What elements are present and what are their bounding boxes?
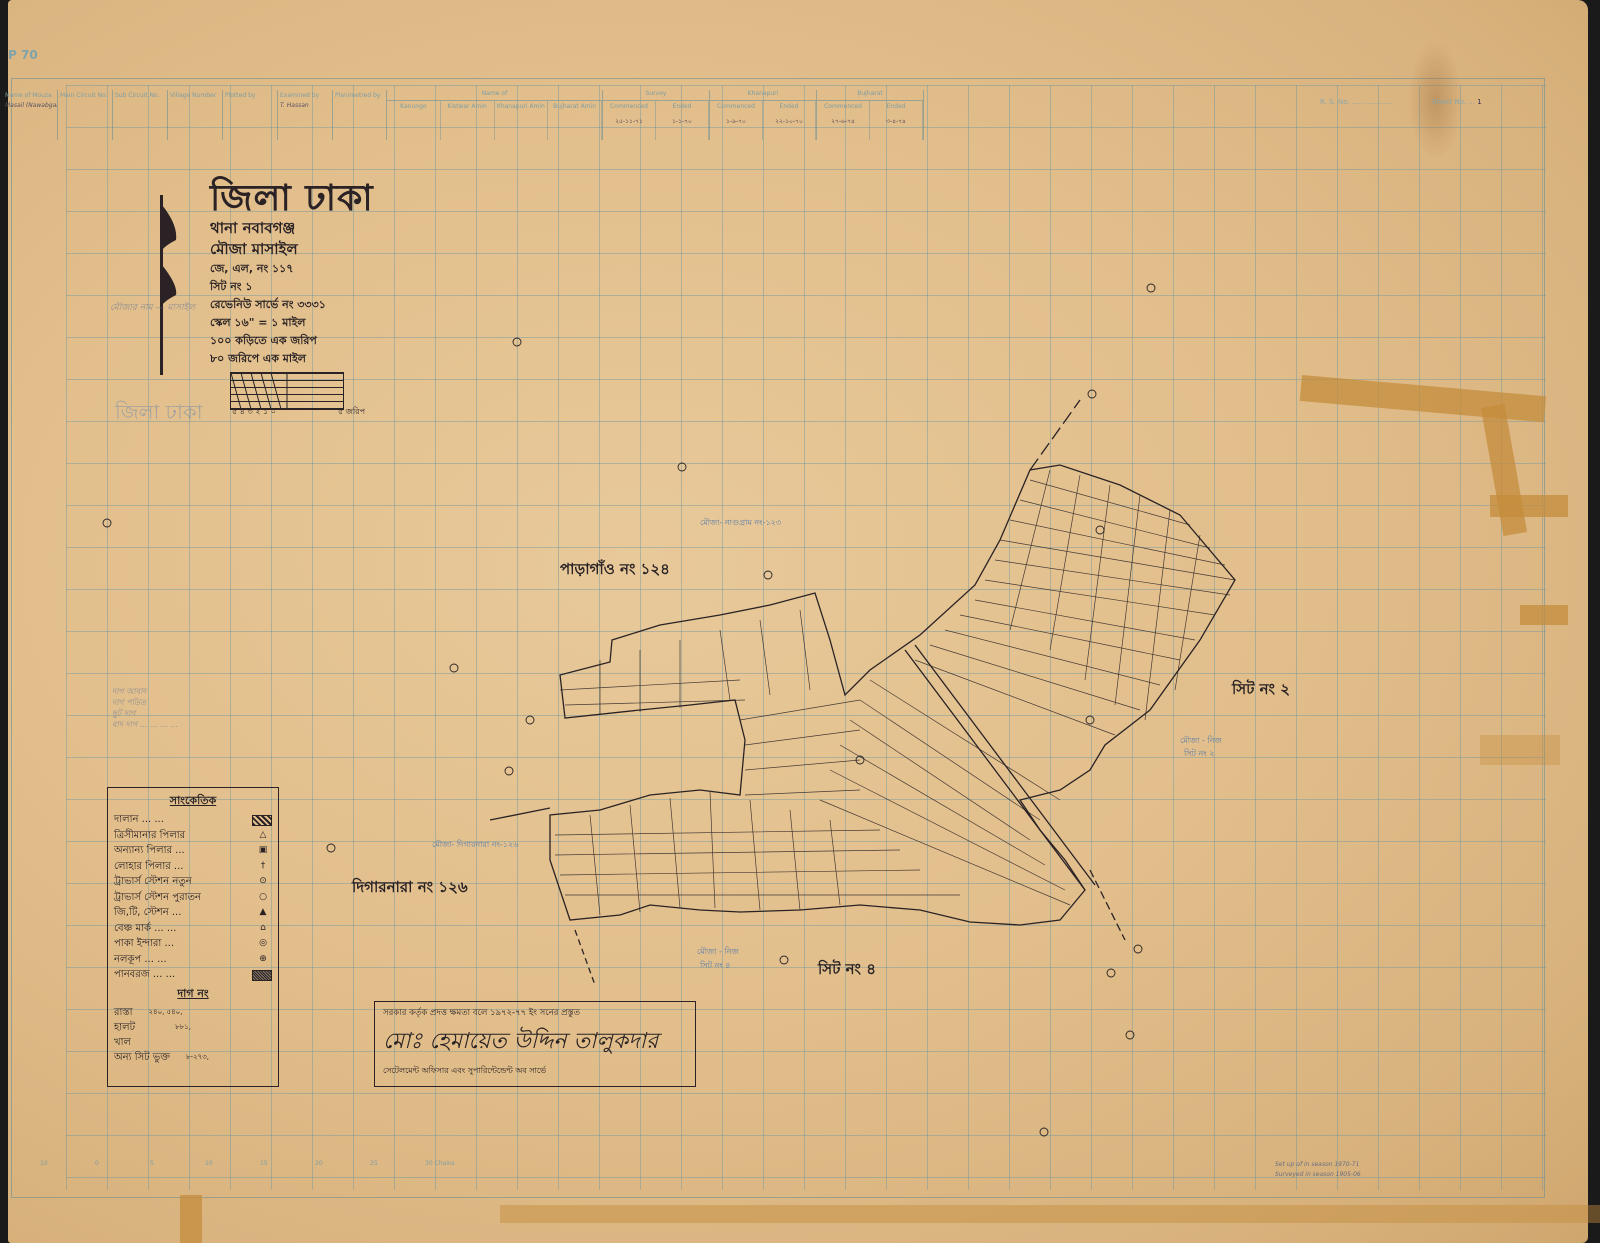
dag-item: হালট৮৮১, (114, 1020, 272, 1035)
adhesive-tape (180, 1195, 202, 1243)
legend-item: লোহার পিলার ...† (114, 859, 272, 875)
boundary-note-south: মৌজা - নিজ (697, 946, 739, 959)
certificate-authority-line: সরকার কর্তৃক প্রদত্ত ক্ষমতা বলে ১৯৭২-৭৭ … (383, 1006, 687, 1020)
boundary-note-west: মৌজা- দিগারনারা নং-১২৬ (432, 839, 518, 852)
dag-item: খাল (114, 1035, 272, 1050)
officer-signature: মোঃ হেমায়েত উদ্দিন তালুকদার (383, 1024, 687, 1061)
boundary-note-north: মৌজা- নাগুগ্রাম নং-১২৩ (700, 517, 781, 530)
legend-item: ট্রাভার্স স্টেশন পুরাতন○ (114, 890, 272, 906)
bench-mark-icon: ⌂ (254, 921, 272, 937)
adhesive-tape (1480, 735, 1560, 765)
adhesive-tape (1490, 495, 1568, 517)
adjacent-mouza-north: পাড়াগাঁও নং ১২৪ (560, 558, 670, 583)
legend-item: বেঞ্চ মার্ক ... ...⌂ (114, 921, 272, 937)
gt-station-icon: ▲ (254, 905, 272, 921)
adjacent-mouza-west: দিগারনারা নং ১২৬ (352, 876, 468, 901)
adjacent-sheet-east: সিট নং ২ (1232, 678, 1290, 703)
other-pillar-icon: ▣ (254, 843, 272, 859)
legend-item: পানবরজ ... ... (114, 967, 272, 983)
legend-item: অন্যান্য পিলার ...▣ (114, 843, 272, 859)
betel-garden-icon (252, 970, 272, 981)
dag-item: রাস্তা২৪০, ৫৪০, (114, 1005, 272, 1020)
legend-item: দালান ... ... (114, 812, 272, 828)
building-hatch-icon (252, 815, 272, 826)
boundary-note-east-2: সিট নং ২ (1184, 748, 1214, 761)
iron-pillar-icon: † (254, 859, 272, 875)
legend-box: সাংকেতিক দালান ... ... ত্রিসীমানার পিলার… (107, 787, 279, 1087)
adhesive-tape (1520, 605, 1568, 625)
boundary-note-south-2: সিট নং ৪ (700, 960, 730, 973)
masonry-well-icon: ◎ (254, 936, 272, 952)
adhesive-tape (500, 1205, 1600, 1223)
legend-item: ত্রিসীমানার পিলার△ (114, 828, 272, 844)
legend-item: পাকা ইন্দারা ...◎ (114, 936, 272, 952)
dag-item: অন্য সিট ভুক্ত৮-২৭৩, (114, 1050, 272, 1065)
certificate-box: সরকার কর্তৃক প্রদত্ত ক্ষমতা বলে ১৯৭২-৭৭ … (374, 1001, 696, 1087)
legend-item: ট্রাভার্স স্টেশন নতুন⊙ (114, 874, 272, 890)
boundary-note-east: মৌজা - নিজ (1180, 735, 1222, 748)
officer-designation: সেটেলমেন্ট অফিসার এবং সুপারিন্টেন্ডেন্ট … (383, 1065, 687, 1078)
dag-title: দাগ নং (114, 985, 272, 1004)
chain-scale: 10 0 5 10 15 20 25 30 Chains (40, 1160, 480, 1167)
boundary-pillar-icon: △ (254, 828, 272, 844)
adjacent-sheet-south: সিট নং ৪ (818, 958, 876, 983)
legend-item: নলকূপ ... ...⊕ (114, 952, 272, 968)
tubewell-icon: ⊕ (254, 952, 272, 968)
legend-item: জি,টি, স্টেশন ...▲ (114, 905, 272, 921)
survey-season-note: Set up of in season 1970-71 Surveyed in … (1275, 1160, 1361, 1180)
legend-title: সাংকেতিক (114, 792, 272, 811)
new-traverse-station-icon: ⊙ (254, 874, 272, 890)
old-traverse-station-icon: ○ (254, 890, 272, 906)
